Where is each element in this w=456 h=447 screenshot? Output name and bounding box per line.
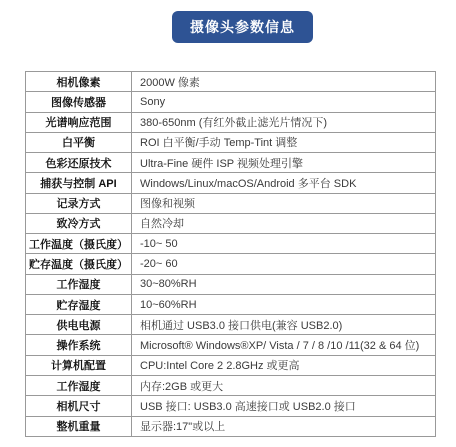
param-label: 相机像素 bbox=[26, 72, 132, 92]
param-value: -10~ 50 bbox=[132, 234, 436, 254]
table-row: 光谱响应范围380-650nm (有红外截止滤光片情况下) bbox=[26, 112, 436, 132]
param-label: 捕获与控制 API bbox=[26, 173, 132, 193]
table-row: 相机尺寸USB 接口: USB3.0 高速接口或 USB2.0 接口 bbox=[26, 396, 436, 416]
param-label: 工作温度（摄氏度） bbox=[26, 234, 132, 254]
param-value: 内存:2GB 或更大 bbox=[132, 375, 436, 395]
param-label: 光谱响应范围 bbox=[26, 112, 132, 132]
param-label: 工作湿度 bbox=[26, 274, 132, 294]
spec-table: 相机像素2000W 像素图像传感器Sony光谱响应范围380-650nm (有红… bbox=[25, 71, 436, 437]
table-row: 工作湿度30~80%RH bbox=[26, 274, 436, 294]
table-row: 整机重量显示器:17"或以上 bbox=[26, 416, 436, 436]
param-value: USB 接口: USB3.0 高速接口或 USB2.0 接口 bbox=[132, 396, 436, 416]
spec-table-body: 相机像素2000W 像素图像传感器Sony光谱响应范围380-650nm (有红… bbox=[26, 72, 436, 437]
param-label: 操作系统 bbox=[26, 335, 132, 355]
param-value: Ultra-Fine 硬件 ISP 视频处理引擎 bbox=[132, 153, 436, 173]
table-row: 致冷方式自然冷却 bbox=[26, 213, 436, 233]
param-label: 贮存温度（摄氏度） bbox=[26, 254, 132, 274]
param-value: Sony bbox=[132, 92, 436, 112]
param-value: CPU:Intel Core 2 2.8GHz 或更高 bbox=[132, 355, 436, 375]
param-label: 工作湿度 bbox=[26, 375, 132, 395]
param-value: -20~ 60 bbox=[132, 254, 436, 274]
page-title: 摄像头参数信息 bbox=[172, 11, 313, 43]
table-row: 相机像素2000W 像素 bbox=[26, 72, 436, 92]
table-row: 记录方式图像和视频 bbox=[26, 193, 436, 213]
param-label: 致冷方式 bbox=[26, 213, 132, 233]
param-label: 整机重量 bbox=[26, 416, 132, 436]
param-label: 供电电源 bbox=[26, 315, 132, 335]
table-row: 贮存温度（摄氏度）-20~ 60 bbox=[26, 254, 436, 274]
table-row: 工作湿度内存:2GB 或更大 bbox=[26, 375, 436, 395]
table-row: 操作系统Microsoft® Windows®XP/ Vista / 7 / 8… bbox=[26, 335, 436, 355]
param-value: Microsoft® Windows®XP/ Vista / 7 / 8 /10… bbox=[132, 335, 436, 355]
param-value: 10~60%RH bbox=[132, 294, 436, 314]
table-row: 图像传感器Sony bbox=[26, 92, 436, 112]
table-row: 供电电源相机通过 USB3.0 接口供电(兼容 USB2.0) bbox=[26, 315, 436, 335]
table-row: 捕获与控制 APIWindows/Linux/macOS/Android 多平台… bbox=[26, 173, 436, 193]
param-value: 显示器:17"或以上 bbox=[132, 416, 436, 436]
param-label: 图像传感器 bbox=[26, 92, 132, 112]
param-value: ROI 白平衡/手动 Temp-Tint 调整 bbox=[132, 132, 436, 152]
param-label: 记录方式 bbox=[26, 193, 132, 213]
table-row: 白平衡ROI 白平衡/手动 Temp-Tint 调整 bbox=[26, 132, 436, 152]
param-label: 色彩还原技术 bbox=[26, 153, 132, 173]
param-label: 相机尺寸 bbox=[26, 396, 132, 416]
param-value: Windows/Linux/macOS/Android 多平台 SDK bbox=[132, 173, 436, 193]
param-value: 2000W 像素 bbox=[132, 72, 436, 92]
param-value: 30~80%RH bbox=[132, 274, 436, 294]
param-label: 白平衡 bbox=[26, 132, 132, 152]
param-value: 自然冷却 bbox=[132, 213, 436, 233]
table-row: 贮存湿度10~60%RH bbox=[26, 294, 436, 314]
table-row: 计算机配置CPU:Intel Core 2 2.8GHz 或更高 bbox=[26, 355, 436, 375]
param-value: 380-650nm (有红外截止滤光片情况下) bbox=[132, 112, 436, 132]
table-row: 色彩还原技术Ultra-Fine 硬件 ISP 视频处理引擎 bbox=[26, 153, 436, 173]
param-value: 相机通过 USB3.0 接口供电(兼容 USB2.0) bbox=[132, 315, 436, 335]
table-row: 工作温度（摄氏度）-10~ 50 bbox=[26, 234, 436, 254]
param-label: 贮存湿度 bbox=[26, 294, 132, 314]
param-label: 计算机配置 bbox=[26, 355, 132, 375]
param-value: 图像和视频 bbox=[132, 193, 436, 213]
